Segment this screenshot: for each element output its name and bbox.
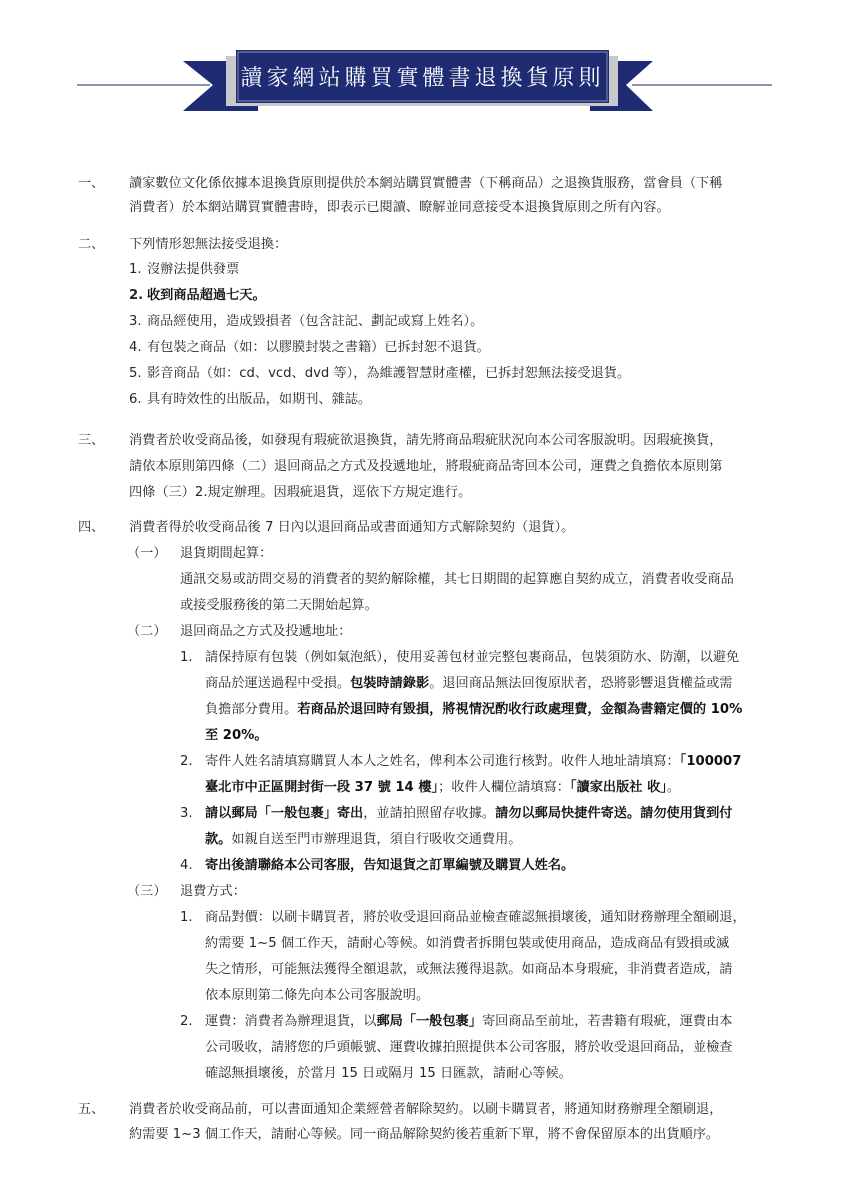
list-number: 4. — [180, 857, 193, 875]
text-span: 負擔部分費用。 — [205, 702, 297, 717]
subsection-marker: （三） — [127, 883, 167, 901]
bold-text-span: 款。 — [205, 832, 231, 847]
list-item: 沒辦法提供發票 — [147, 261, 239, 279]
section-marker: 二、 — [78, 236, 104, 254]
list-item-line: 款。如親自送至門市辦理退貨，須自行吸收交通費用。 — [205, 831, 522, 849]
list-item-line: 臺北市中正區開封街一段 37 號 14 樓」；收件人欄位請填寫：「讀家出版社 收… — [205, 779, 680, 797]
list-item-line: 運費：消費者為辦理退貨，以郵局「一般包裹」寄回商品至前址，若書籍有瑕疵，運費由本 — [205, 1013, 733, 1031]
list-number: 6. — [129, 391, 142, 409]
section-marker: 三、 — [78, 432, 104, 450]
section-text-line: 請依本原則第四條（二）退回商品之方式及投遞地址，將瑕疵商品寄回本公司，運費之負擔… — [129, 458, 722, 476]
section-text-line: 消費者於收受商品前，可以書面通知企業經營者解除契約。以刷卡購買者，將通知財務辦理… — [129, 1101, 722, 1119]
subsection-text-line: 通訊交易或訪問交易的消費者的契約解除權，其七日期間的起算應自契約成立，消費者收受… — [180, 571, 734, 589]
list-item: 商品經使用，造成毀損者（包含註記、劃記或寫上姓名）。 — [147, 313, 483, 331]
list-item-line: 至 20%。 — [205, 727, 268, 745]
text-span: 運費：消費者為辦理退貨，以 — [205, 1014, 376, 1029]
list-number: 2. — [129, 287, 143, 305]
list-number: 3. — [129, 313, 142, 331]
list-item-line: 請以郵局「一般包裹」寄出，並請拍照留存收據。請勿以郵局快捷件寄送。請勿使用貨到付 — [205, 805, 733, 823]
text-span: 。 — [667, 780, 680, 795]
list-item: 收到商品超過七天。 — [147, 287, 266, 305]
list-item-line: 寄出後請聯絡本公司客服，告知退貨之訂單編號及購買人姓名。 — [205, 857, 574, 875]
subsection-marker: （二） — [127, 623, 167, 641]
list-item: 具有時效性的出版品，如期刊、雜誌。 — [147, 391, 371, 409]
bold-text-span: 若商品於退回時有毀損，將視情況酌收行政處理費，金額為書籍定價的 10% — [297, 702, 742, 717]
list-number: 1. — [180, 909, 193, 927]
subsection-heading: 退回商品之方式及投遞地址： — [180, 623, 351, 641]
title-banner: 讀家網站購買實體書退換貨原則 — [0, 0, 849, 130]
list-number: 5. — [129, 365, 142, 383]
list-item-line: 負擔部分費用。若商品於退回時有毀損，將視情況酌收行政處理費，金額為書籍定價的 1… — [205, 701, 742, 719]
section-text-line: 讀家數位文化係依據本退換貨原則提供於本網站購買實體書（下稱商品）之退換貨服務，當… — [129, 175, 722, 193]
text-span: ，並請拍照留存收據。 — [363, 806, 495, 821]
list-item-line: 寄件人姓名請填寫購買人本人之姓名，俾利本公司進行核對。收件人地址請填寫：「100… — [205, 753, 741, 771]
section-text-line: 約需要 1~3 個工作天，請耐心等候。同一商品解除契約後若重新下單，將不會保留原… — [129, 1126, 719, 1144]
list-number: 3. — [180, 805, 193, 823]
list-item-line: 確認無損壞後，於當月 15 日或隔月 15 日匯款，請耐心等候。 — [205, 1065, 572, 1083]
list-number: 4. — [129, 339, 142, 357]
list-item: 影音商品（如：cd、vcd、dvd 等），為維護智慧財產權，已拆封恕無法接受退貨… — [147, 365, 630, 383]
section-marker: 一、 — [78, 175, 104, 193]
subsection-heading: 退費方式： — [180, 883, 246, 901]
section-text-line: 四條（三）2.規定辦理。因瑕疵退貨，逕依下方規定進行。 — [129, 484, 471, 502]
text-span: 商品於運送過程中受損。 — [205, 676, 350, 691]
list-item-line: 商品對價：以刷卡購買者，將於收受退回商品並檢查確認無損壞後，通知財務辦理全額刷退… — [205, 909, 746, 927]
address-text: 臺北市中正區開封街一段 37 號 14 樓」 — [205, 780, 438, 795]
list-item-line: 請保持原有包裝（例如氣泡紙），使用妥善包材並完整包裹商品，包裝須防水、防潮，以避… — [205, 649, 739, 667]
text-span: 如親自送至門市辦理退貨，須自行吸收交通費用。 — [231, 832, 521, 847]
list-item-line: 約需要 1~5 個工作天，請耐心等候。如消費者拆開包裝或使用商品，造成商品有毀損… — [205, 935, 729, 953]
text-span: 寄回商品至前址，若書籍有瑕疵，運費由本 — [482, 1014, 733, 1029]
section-intro: 下列情形恕無法接受退換： — [129, 236, 287, 254]
recipient-text: 「讀家出版社 收」 — [570, 780, 667, 795]
section-marker: 五、 — [78, 1101, 104, 1119]
bold-text-span: 「100007 — [680, 754, 742, 769]
list-number: 1. — [180, 649, 193, 667]
section-text-line: 消費者於收受商品後，如發現有瑕疵欲退換貨，請先將商品瑕疵狀況向本公司客服說明。因… — [129, 432, 722, 450]
section-text-line: 消費者）於本網站購買實體書時，即表示已閱讀、瞭解並同意接受本退換貨原則之所有內容… — [129, 199, 670, 217]
subsection-marker: （一） — [127, 545, 167, 563]
text-span: ；收件人欄位請填寫： — [438, 780, 570, 795]
list-item-line: 公司吸收，請將您的戶頭帳號、運費收據拍照提供本公司客服，將於收受退回商品，並檢查 — [205, 1039, 733, 1057]
list-item-line: 商品於運送過程中受損。包裝時請錄影。退回商品無法回復原狀者，恐將影響退貨權益或需 — [205, 675, 733, 693]
page-title: 讀家網站購買實體書退換貨原則 — [236, 50, 609, 103]
text-span: 。退回商品無法回復原狀者，恐將影響退貨權益或需 — [429, 676, 732, 691]
list-item-line: 依本原則第二條先向本公司客服說明。 — [205, 987, 429, 1005]
list-number: 2. — [180, 753, 193, 771]
subsection-heading: 退貨期間起算： — [180, 545, 272, 563]
bold-text-span: 郵局「一般包裹」 — [376, 1014, 482, 1029]
bold-text-span: 請以郵局「一般包裹」寄出 — [205, 806, 363, 821]
subsection-text-line: 或接受服務後的第二天開始起算。 — [180, 597, 378, 615]
list-item-line: 失之情形，可能無法獲得全額退款，或無法獲得退款。如商品本身瑕疵，非消費者造成，請 — [205, 961, 733, 979]
bold-text-span: 包裝時請錄影 — [350, 676, 429, 691]
list-item: 有包裝之商品（如：以膠膜封裝之書籍）已拆封恕不退貨。 — [147, 339, 490, 357]
bold-text-span: 請勿以郵局快捷件寄送。請勿使用貨到付 — [495, 806, 732, 821]
text-span: 寄件人姓名請填寫購買人本人之姓名，俾利本公司進行核對。收件人地址請填寫： — [205, 754, 680, 769]
list-number: 1. — [129, 261, 142, 279]
list-number: 2. — [180, 1013, 193, 1031]
section-intro: 消費者得於收受商品後 7 日內以退回商品或書面通知方式解除契約（退貨）。 — [129, 519, 574, 537]
section-marker: 四、 — [78, 519, 104, 537]
